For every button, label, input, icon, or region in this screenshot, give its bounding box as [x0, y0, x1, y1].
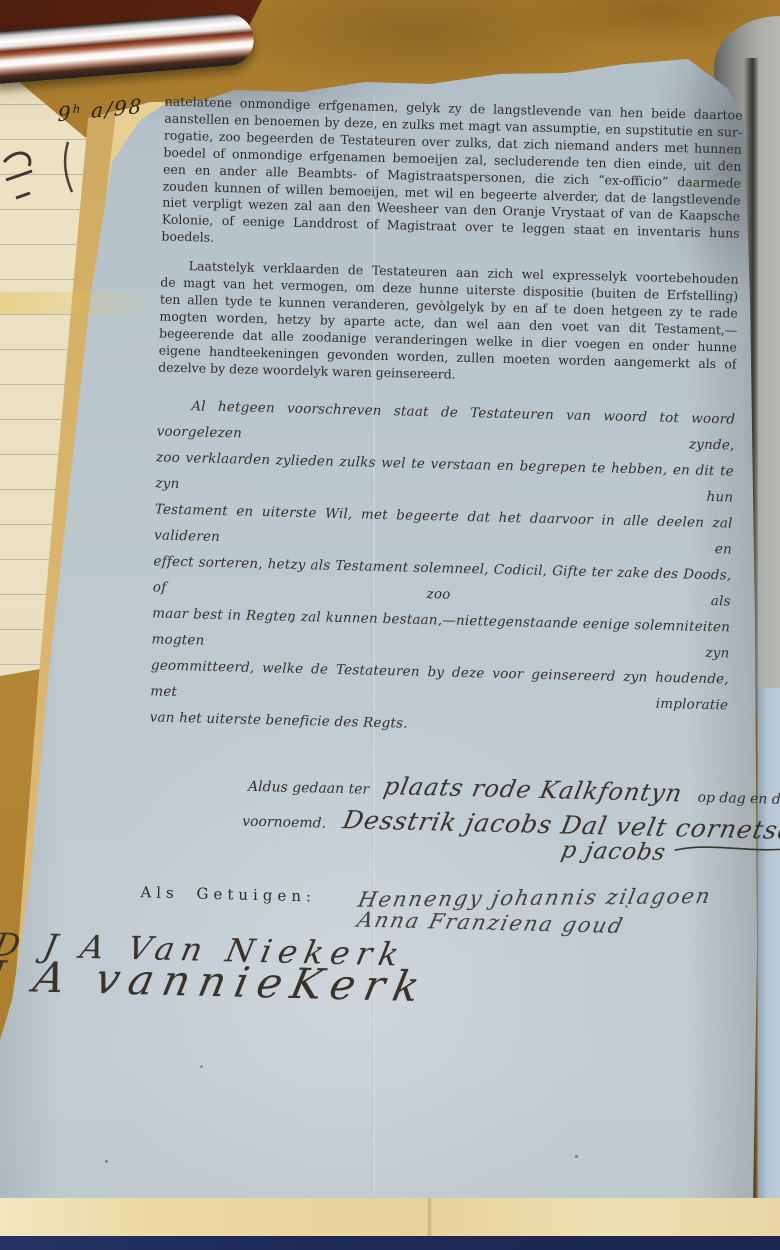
- paragraph-guardianship: natelatene onmondige erfgenamen, gelyk z…: [161, 94, 743, 260]
- printed-body: natelatene onmondige erfgenamen, gelyk z…: [149, 94, 742, 744]
- witness-signatures: Hennengy johannis zilagoen Anna Franzien…: [357, 880, 736, 941]
- witness-signature-vanniekerk: J A vannieKerk: [0, 951, 433, 1011]
- handwritten-district: Desstrik jacobs Dal velt cornetschap: [340, 805, 780, 846]
- printed-datum: op dag en datum: [697, 789, 780, 808]
- underlying-page-edge: [757, 688, 780, 1250]
- archival-photo: 9ʰ a/98 natelatene onmondige erfgenamen,…: [0, 0, 780, 1250]
- witness-label: Als Getuigen:: [140, 875, 316, 905]
- bottom-book-edge: [0, 1198, 780, 1238]
- closing-district-line: voornoemd. Desstrik jacobs Dal velt corn…: [242, 802, 738, 843]
- document-text: 9ʰ a/98 natelatene onmondige erfgenamen,…: [0, 90, 755, 1018]
- printed-aldus: Aldus gedaan ter: [248, 778, 370, 797]
- margin-annotation: 9ʰ a/98: [57, 94, 143, 127]
- printed-voornoemd: voornoemd.: [242, 813, 326, 831]
- handwritten-signature-pjacobs: p jacobs: [559, 837, 668, 865]
- handwritten-place: plaats rode Kalkfontyn: [382, 772, 686, 807]
- paragraph-validation: Al hetgeen voorschreven staat de Testate…: [149, 392, 735, 744]
- paragraph-reservation: Laatstelyk verklaarden de Testateuren aa…: [158, 258, 739, 390]
- witness-signature: Anna Franziena goud: [354, 906, 626, 938]
- closing-place-line: Aldus gedaan ter plaats rode Kalkfontyn …: [248, 768, 739, 808]
- bottom-navy-band: [0, 1236, 780, 1250]
